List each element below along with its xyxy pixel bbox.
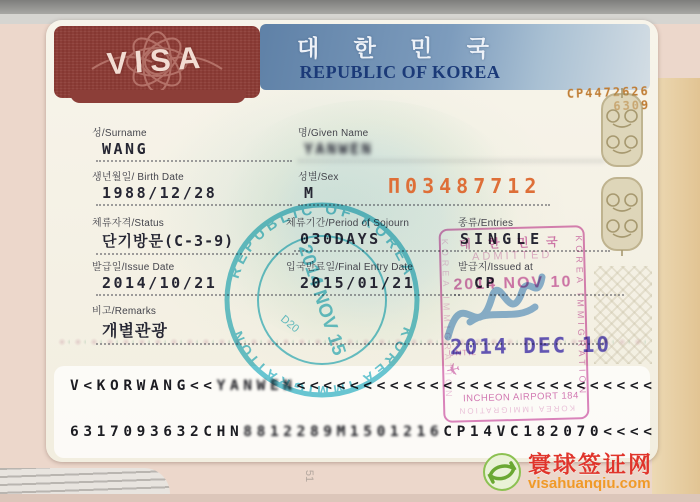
status-label: 체류자격/Status bbox=[92, 214, 164, 229]
passport-photo: VISA 대 한 민 국 REPUBLIC OF KOREA CP4472626… bbox=[0, 0, 700, 502]
watermark-site-name: 寰球签证网 bbox=[528, 452, 653, 476]
sex-label: 성별/Sex bbox=[298, 168, 339, 183]
svg-text:KOREA IMMIGRATION: KOREA IMMIGRATION bbox=[228, 325, 416, 399]
country-name-korean: 대 한 민 국 bbox=[270, 30, 530, 63]
entry-stamp: 대 한 민 국 ADMITTED 2014 NOV 10 UNTIL ✈ INC… bbox=[438, 225, 589, 423]
watermark-text: 寰球签证网 visahuanqiu.com bbox=[528, 452, 653, 492]
passport-top-edge bbox=[0, 0, 700, 14]
entry-stamp-location: INCHEON AIRPORT 184 bbox=[459, 390, 583, 404]
entry-stamp-bottom-text: KOREA IMMIGRATION bbox=[445, 403, 587, 416]
watermark-site-url: visahuanqiu.com bbox=[528, 476, 653, 492]
mrz-line2-part1: 6317093632CHN bbox=[70, 424, 243, 440]
korea-header-panel: 대 한 민 국 REPUBLIC OF KOREA bbox=[260, 24, 650, 90]
given-name-label: 명/Given Name bbox=[298, 124, 368, 139]
immigration-round-stamp: REPUBLIC OF KOREA KOREA IMMIGRATION 2014… bbox=[222, 200, 422, 400]
until-date-stamp: 2014 DEC 10 bbox=[450, 333, 611, 360]
round-stamp-arc-bottom: KOREA IMMIGRATION bbox=[228, 325, 416, 399]
country-name-english: REPUBLIC OF KOREA bbox=[260, 62, 540, 83]
surname-label: 성/Surname bbox=[92, 124, 147, 139]
visa-emblem-block: VISA bbox=[54, 26, 260, 98]
birth-date-label: 생년월일/ Birth Date bbox=[92, 168, 184, 183]
surname-value: WANG bbox=[96, 140, 292, 162]
round-stamp-date: 2014 NOV 15 bbox=[294, 242, 350, 358]
site-watermark: 寰球签证网 visahuanqiu.com bbox=[482, 452, 653, 492]
page-bottom-edge bbox=[0, 494, 700, 502]
page-number: 51 bbox=[303, 470, 315, 482]
mrz-line2: 6317093632CHN8812289M1501216CP14VC182070… bbox=[70, 424, 657, 440]
round-stamp-code: D20 bbox=[278, 313, 301, 335]
entry-stamp-side-left: KOREA IMMIGRATION bbox=[440, 239, 455, 415]
globe-arrows-icon bbox=[482, 452, 522, 492]
given-name-value: YANWEN bbox=[298, 140, 604, 162]
mrz-line1-prefix: V<KORWANG<< bbox=[70, 378, 217, 394]
entry-stamp-admitted: ADMITTED bbox=[441, 248, 583, 264]
page-right-edge bbox=[652, 78, 700, 502]
mrz-line2-part2: 8812289M1501216 bbox=[243, 424, 443, 440]
remarks-label: 비고/Remarks bbox=[92, 302, 156, 317]
visa-block-tab bbox=[70, 90, 246, 103]
visa-control-number: Π03487712 bbox=[388, 174, 541, 198]
entry-stamp-date: 2014 NOV 10 bbox=[442, 273, 584, 295]
issue-date-label: 발급일/Issue Date bbox=[92, 258, 174, 273]
mrz-line2-part3: CP14VC182070<<<< bbox=[443, 424, 656, 440]
